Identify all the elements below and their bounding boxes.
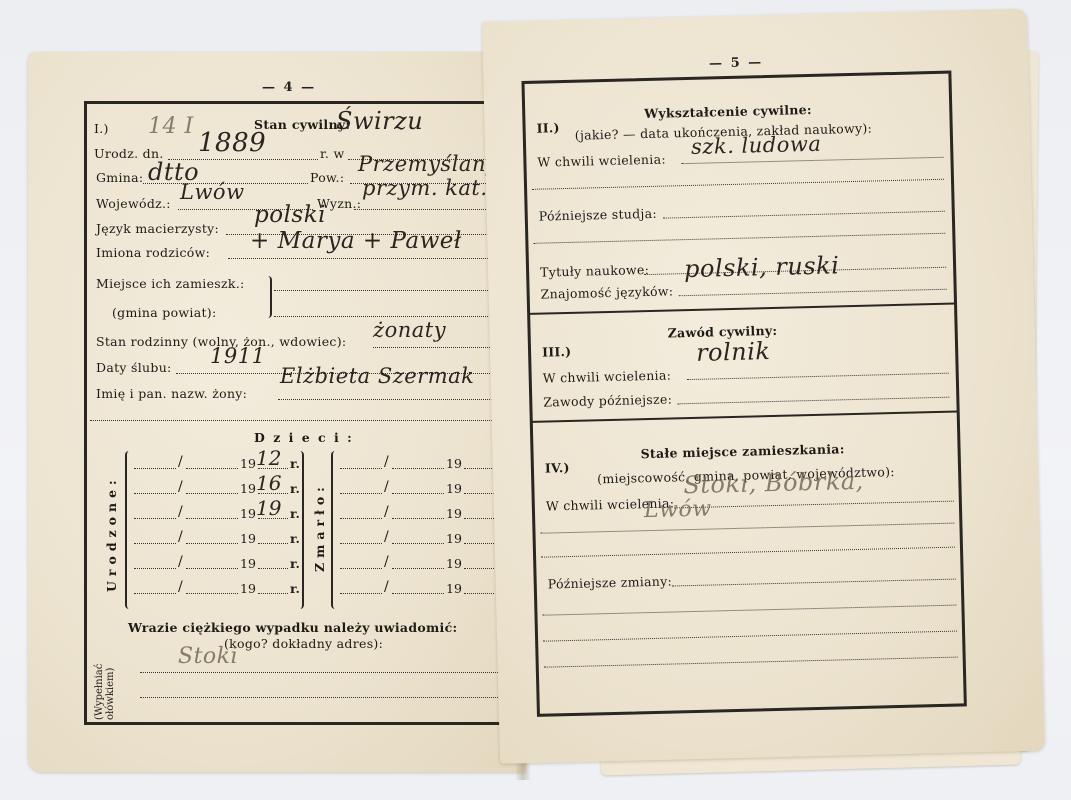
birth-year-value: 1889 — [198, 128, 266, 158]
zona-label: Imię i pan. nazw. żony: — [96, 386, 247, 401]
died-child-row: /19r. — [340, 531, 505, 547]
born-child-row: /1912r. — [134, 456, 299, 472]
emergency-line-1 — [140, 672, 500, 673]
miejsce-zamieszk-brace — [264, 276, 272, 318]
year-prefix: 19 — [446, 581, 462, 596]
year-prefix: 19 — [446, 531, 462, 546]
zona-value: Elżbieta Szermak — [280, 364, 474, 388]
languages-value: polski, ruski — [684, 251, 840, 283]
born-vertical-label: Urodzone: — [104, 475, 119, 592]
profession-at-enlistment-label: W chwili wcielenia: — [543, 367, 672, 385]
emergency-subtitle: (kogo? dokładny adres): — [224, 636, 383, 651]
later-changes-label: Późniejsze zmiany: — [548, 574, 673, 592]
born-child-row: /19r. — [134, 581, 299, 597]
rodzice-line — [228, 258, 500, 259]
born-child-row: /19r. — [134, 531, 299, 547]
died-child-row: /19r. — [340, 556, 505, 572]
section-iii-number: III.) — [542, 344, 572, 360]
left-page-number: — 4 — — [262, 80, 316, 95]
emergency-value: Stoki — [178, 644, 238, 669]
year-prefix: 19 — [446, 556, 462, 571]
year-prefix: 19 — [240, 481, 256, 496]
year-suffix: r. — [290, 481, 300, 496]
died-vertical-label: Zmarło: — [312, 482, 327, 572]
year-prefix: 19 — [446, 506, 462, 521]
right-page-number: — 5 — — [709, 55, 763, 71]
emergency-line-2 — [140, 697, 500, 698]
later-studies-label: Późniejsze studja: — [539, 206, 657, 224]
wojewodztwo-label: Wojewódz.: — [96, 196, 171, 211]
year-prefix: 19 — [240, 556, 256, 571]
year-suffix: r. — [290, 581, 300, 596]
zona-line — [278, 399, 500, 400]
birth-date-faint-value: 14 I — [148, 114, 194, 139]
jezyk-label: Język macierzysty: — [96, 221, 219, 236]
year-prefix: 19 — [240, 456, 256, 471]
emergency-title: Wrazie ciężkiego wypadku należy uwiadomi… — [128, 620, 457, 635]
profession-at-enlistment-value: rolnik — [696, 337, 771, 367]
section-i-number: I.) — [94, 121, 109, 136]
born-year-value: 12 — [256, 446, 281, 470]
education-at-enlistment-value: szk. ludowa — [691, 132, 822, 159]
year-suffix: r. — [290, 506, 300, 521]
year-prefix: 19 — [240, 581, 256, 596]
data-slubu-value: 1911 — [210, 344, 265, 368]
year-prefix: 19 — [240, 506, 256, 521]
rodzice-label: Imiona rodziców: — [96, 245, 210, 260]
data-slubu-label: Daty ślubu: — [96, 360, 172, 375]
zona-extra-line — [90, 420, 500, 421]
died-brace-left — [331, 451, 339, 609]
left-page: — 4 — I.) Stan cywilny: Świrzu 14 I Urod… — [28, 52, 526, 772]
died-child-row: /19r. — [340, 481, 505, 497]
section-iv-number: IV.) — [545, 460, 570, 476]
died-child-row: /19r. — [340, 456, 505, 472]
year-prefix: 19 — [446, 456, 462, 471]
died-child-row: /19r. — [340, 506, 505, 522]
miejsce-zamieszk-sublabel: (gmina powiat): — [112, 305, 217, 320]
gmina-label: Gmina: — [96, 170, 143, 185]
born-year-value: 19 — [256, 496, 281, 520]
year-suffix: r. — [290, 531, 300, 546]
year-prefix: 19 — [446, 481, 462, 496]
stan-rodzinny-line — [373, 347, 500, 348]
birth-place-label: r. w — [320, 146, 344, 161]
later-professions-label: Zawody późniejsze: — [543, 391, 672, 409]
wyznanie-line — [354, 209, 500, 210]
born-child-row: /1919r. — [134, 506, 299, 522]
powiat-value: Przemyślany — [358, 152, 498, 176]
miejsce-zamieszk-line-2 — [274, 316, 500, 317]
born-brace-left — [125, 451, 133, 609]
jezyk-value: polski — [254, 202, 326, 228]
wyznanie-value: przym. kat. — [362, 176, 488, 200]
born-child-row: /1916r. — [134, 481, 299, 497]
wojewodztwo-value: Lwów — [180, 180, 245, 204]
emergency-side-note: (Wypełniać ołówkiem) — [94, 650, 116, 720]
right-page: — 5 — II.) Wykształcenie cywilne: (jakie… — [482, 9, 1045, 764]
stan-rodzinny-value: żonaty — [373, 318, 446, 342]
education-at-enlistment-label: W chwili wcielenia: — [537, 152, 666, 170]
born-year-value: 16 — [256, 471, 281, 495]
rodzice-value: + Marya + Paweł — [250, 228, 462, 254]
miejsce-zamieszk-line-1 — [274, 290, 500, 291]
year-prefix: 19 — [240, 531, 256, 546]
place-of-birth-value: Świrzu — [336, 107, 423, 135]
residence-at-enlistment-value-1: Stoki, Bóbrka, — [683, 467, 864, 499]
year-suffix: r. — [290, 556, 300, 571]
year-suffix: r. — [290, 456, 300, 471]
miejsce-zamieszk-label: Miejsce ich zamieszk.: — [96, 276, 245, 291]
children-title: D z i e c i : — [254, 430, 354, 445]
died-child-row: /19r. — [340, 581, 505, 597]
section-ii-number: II.) — [536, 120, 560, 136]
residence-at-enlistment-value-2: Lwów — [644, 497, 712, 524]
powiat-label: Pow.: — [310, 170, 344, 185]
born-child-row: /19r. — [134, 556, 299, 572]
academic-titles-label: Tytuły naukowe: — [540, 262, 649, 280]
